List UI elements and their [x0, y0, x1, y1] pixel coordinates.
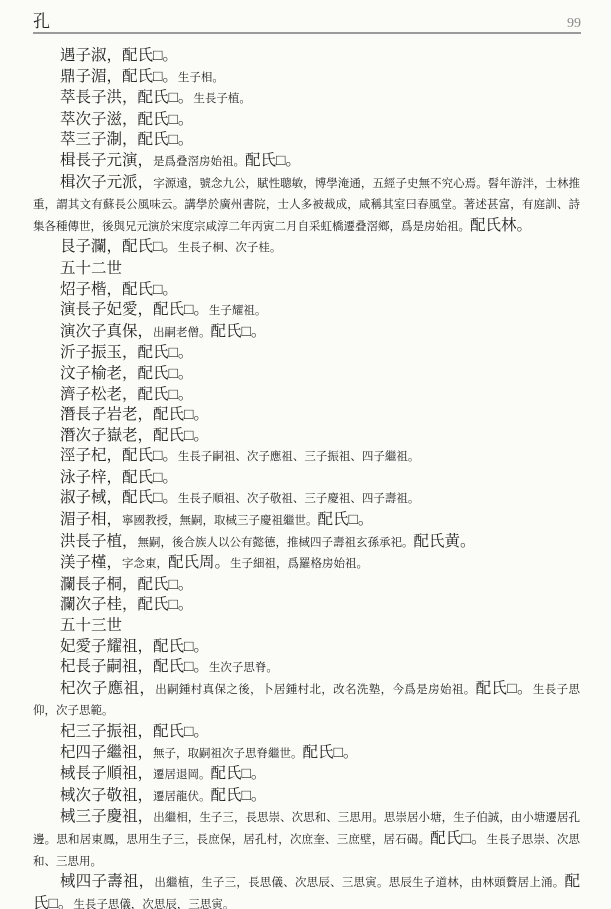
genealogy-entry: 萃長子洪，配氏□。生長子植。: [33, 88, 580, 110]
genealogy-entry: 沂子振玉，配氏□。: [33, 343, 580, 364]
annotation-text: 字念東，: [122, 558, 168, 570]
entry-text: 楫次子元派，: [60, 174, 153, 191]
genealogy-entry: 棫四子壽祖，出繼植，生子三，長思儀、次思辰、三思寅。思辰生子道林，由林頭贅居上涌…: [33, 872, 580, 909]
genealogy-entry: 渼子槿，字念東，配氏周。生子細祖，爲羅格房始祖。: [33, 553, 580, 575]
entry-text: 萃三子淛，配氏□。: [60, 131, 193, 148]
page-header: 孔 99: [33, 8, 581, 32]
genealogy-entry: 杞次子應祖，出嗣鍾村真保之後，卜居鍾村北，改名洗塾，今爲是房始祖。配氏□。生長子…: [33, 679, 580, 722]
entry-text: 瀾長子桐，配氏□。: [60, 576, 193, 593]
genealogy-entry: 鼎子湄，配氏□。生子相。: [33, 67, 580, 89]
annotation-text: 生次子思脊。: [209, 662, 278, 674]
annotation-text: 無嗣，後合族人以公有懿德，推棫四子壽祖玄孫承祀。: [138, 537, 414, 549]
entry-text: 配氏周。: [168, 554, 230, 571]
entry-text: 杞三子振祖，配氏□。: [60, 723, 209, 740]
annotation-text: 是爲叠滘房始祖。: [153, 156, 245, 168]
generation-heading: 五十三世: [33, 616, 580, 637]
entry-text: 沂子振玉，配氏□。: [60, 344, 193, 361]
entry-text: 配氏□。: [476, 680, 533, 697]
annotation-text: 生長子植。: [193, 93, 251, 105]
genealogy-entry: 棫次子敬祖，遷居龍伏。配氏□。: [33, 786, 580, 808]
entry-text: 萃長子洪，配氏□。: [60, 89, 193, 106]
annotation-text: 生長子嗣祖、次子應祖、三子振祖、四子繼祖。: [178, 451, 420, 463]
genealogy-entry: 炤子楷，配氏□。: [33, 280, 580, 301]
genealogy-entry: 杞長子嗣祖，配氏□。生次子思脊。: [33, 657, 580, 679]
genealogy-entry: 艮子瀾，配氏□。生長子桐、次子桂。: [33, 237, 580, 259]
genealogy-entry: 泳子梓，配氏□。: [33, 468, 580, 489]
annotation-text: 生長子桐、次子桂。: [178, 242, 282, 254]
annotation-text: 生長子思儀，次思辰，三思寅。: [73, 899, 234, 909]
page-title: 孔: [33, 7, 51, 32]
entry-text: 鼎子湄，配氏□。: [60, 68, 178, 85]
annotation-text: 生子細祖，爲羅格房始祖。: [230, 558, 368, 570]
entry-text: 濟子松老，配氏□。: [60, 386, 193, 403]
entry-text: 杞四子繼祖，: [60, 744, 153, 761]
entry-text: 潛次子嶽老，配氏□。: [60, 427, 209, 444]
genealogy-entry: 楫長子元演，是爲叠滘房始祖。配氏□。: [33, 151, 580, 173]
genealogy-entry: 瀾次子桂，配氏□。: [33, 595, 580, 616]
entry-text: 配氏□。: [245, 152, 301, 169]
header-divider: [33, 32, 581, 34]
genealogy-entry: 瀾長子桐，配氏□。: [33, 575, 580, 596]
genealogy-body: 遇子淑，配氏□。鼎子湄，配氏□。生子相。萃長子洪，配氏□。生長子植。萃次子滋，配…: [33, 46, 580, 909]
genealogy-entry: 棫長子順祖，遷居退岡。配氏□。: [33, 764, 580, 786]
entry-text: 渼子槿，: [60, 554, 122, 571]
genealogy-entry: 棫三子慶祖，出繼相，生子三，長思崇、次思和、三思用。思崇居小塘，生子伯誠，由小塘…: [33, 807, 580, 872]
entry-text: 潛長子岩老，配氏□。: [60, 406, 209, 423]
entry-text: 汶子榆老，配氏□。: [60, 365, 193, 382]
annotation-text: 遷居退岡。: [153, 769, 211, 781]
annotation-text: 無子，取嗣祖次子思脊繼世。: [153, 748, 303, 760]
genealogy-entry: 涇子杞，配氏□。生長子嗣祖、次子應祖、三子振祖、四子繼祖。: [33, 446, 580, 468]
genealogy-entry: 汶子榆老，配氏□。: [33, 364, 580, 385]
annotation-text: 遷居龍伏。: [153, 791, 211, 803]
entry-text: 棫長子順祖，: [60, 765, 153, 782]
genealogy-entry: 濟子松老，配氏□。: [33, 385, 580, 406]
entry-text: 配氏□。: [211, 323, 267, 340]
annotation-text: 出繼植，生子三，長思儀、次思辰、三思寅。思辰生子道林，由林頭贅居上涌。: [154, 877, 564, 889]
entry-text: 配氏林。: [470, 217, 532, 234]
entry-text: 泳子梓，配氏□。: [60, 469, 178, 486]
page-number: 99: [567, 16, 581, 32]
entry-text: 五十三世: [60, 617, 122, 634]
annotation-text: 出嗣老僧。: [153, 327, 211, 339]
entry-text: 五十二世: [60, 260, 122, 277]
entry-text: 棫四子壽祖，: [60, 873, 154, 890]
entry-text: 杞長子嗣祖，配氏□。: [60, 658, 209, 675]
genealogy-entry: 演長子妃愛，配氏□。生子耀祖。: [33, 300, 580, 322]
entry-text: 艮子瀾，配氏□。: [60, 238, 178, 255]
genealogy-entry: 潛次子嶽老，配氏□。: [33, 426, 580, 447]
annotation-text: 生子相。: [178, 72, 224, 84]
entry-text: 棫次子敬祖，: [60, 787, 153, 804]
entry-text: 杞次子應祖，: [60, 680, 155, 697]
entry-text: 妃愛子耀祖，配氏□。: [60, 638, 209, 655]
entry-text: 配氏□。: [303, 744, 359, 761]
genealogy-entry: 妃愛子耀祖，配氏□。: [33, 637, 580, 658]
genealogy-entry: 洪長子植，無嗣，後合族人以公有懿德，推棫四子壽祖玄孫承祀。配氏黄。: [33, 532, 580, 554]
genealogy-entry: 杞四子繼祖，無子，取嗣祖次子思脊繼世。配氏□。: [33, 743, 580, 765]
annotation-text: 生子耀祖。: [209, 305, 267, 317]
genealogy-entry: 遇子淑，配氏□。: [33, 46, 580, 67]
entry-text: 配氏□。: [211, 765, 267, 782]
annotation-text: 寧國教授，無嗣，取棫三子慶祖繼世。: [122, 515, 318, 527]
entry-text: 配氏□。: [318, 511, 374, 528]
entry-text: 演長子妃愛，配氏□。: [60, 301, 209, 318]
entry-text: 配氏□。: [211, 787, 267, 804]
scanned-genealogy-page: 孔 99 遇子淑，配氏□。鼎子湄，配氏□。生子相。萃長子洪，配氏□。生長子植。萃…: [0, 0, 611, 909]
entry-text: 涇子杞，配氏□。: [60, 447, 178, 464]
genealogy-entry: 潛長子岩老，配氏□。: [33, 405, 580, 426]
genealogy-entry: 演次子真保，出嗣老僧。配氏□。: [33, 322, 580, 344]
entry-text: 楫長子元演，: [60, 152, 153, 169]
genealogy-entry: 萃三子淛，配氏□。: [33, 130, 580, 151]
entry-text: 配氏黄。: [414, 533, 476, 550]
generation-heading: 五十二世: [33, 259, 580, 280]
genealogy-entry: 楫次子元派，字源遠，號念九公，賦性聰敏，博學淹通，五經子史無不究心焉。髫年游泮，…: [33, 173, 580, 238]
annotation-text: 出嗣鍾村真保之後，卜居鍾村北，改名洗塾，今爲是房始祖。: [155, 684, 475, 696]
entry-text: 演次子真保，: [60, 323, 153, 340]
entry-text: 瀾次子桂，配氏□。: [60, 596, 193, 613]
genealogy-entry: 杞三子振祖，配氏□。: [33, 722, 580, 743]
annotation-text: 生長子順祖、次子敬祖、三子慶祖、四子壽祖。: [178, 493, 420, 505]
entry-text: 淑子棫，配氏□。: [60, 489, 178, 506]
genealogy-entry: 湄子相，寧國教授，無嗣，取棫三子慶祖繼世。配氏□。: [33, 510, 580, 532]
entry-text: 洪長子植，: [60, 533, 138, 550]
entry-text: 湄子相，: [60, 511, 122, 528]
entry-text: 萃次子滋，配氏□。: [60, 111, 193, 128]
entry-text: 棫三子慶祖，: [60, 808, 153, 825]
entry-text: 遇子淑，配氏□。: [60, 47, 178, 64]
genealogy-entry: 淑子棫，配氏□。生長子順祖、次子敬祖、三子慶祖、四子壽祖。: [33, 488, 580, 510]
entry-text: 炤子楷，配氏□。: [60, 281, 178, 298]
entry-text: 配氏□。: [430, 830, 487, 847]
genealogy-entry: 萃次子滋，配氏□。: [33, 110, 580, 131]
